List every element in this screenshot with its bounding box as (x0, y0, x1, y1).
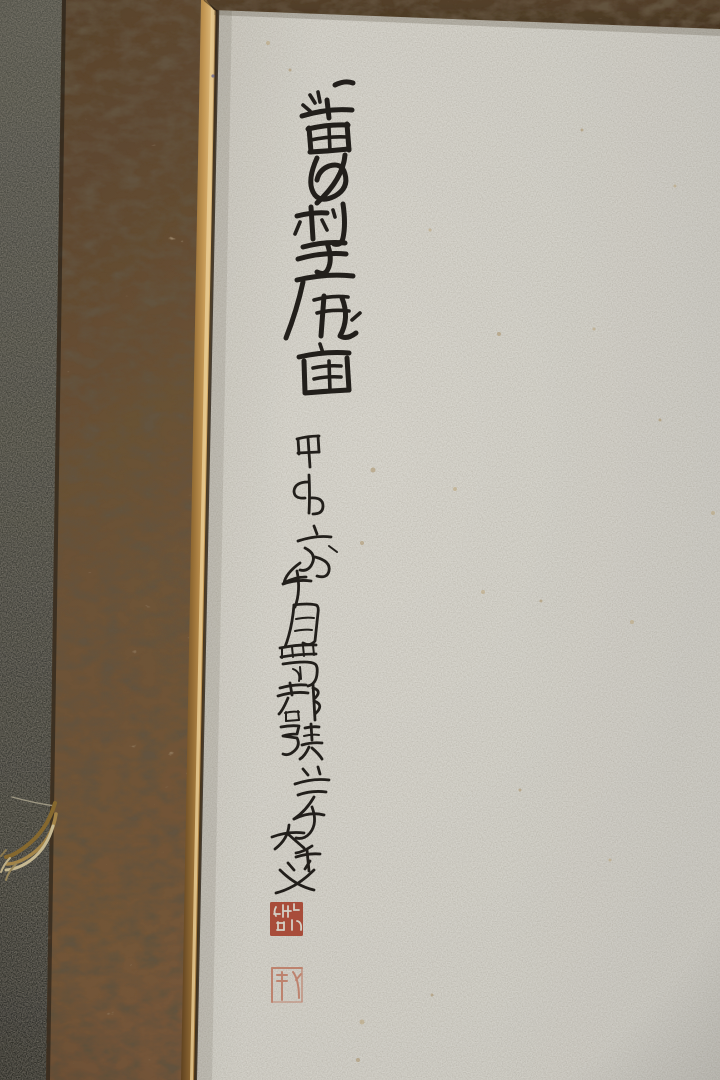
scene-canvas: 番 女 掣 (0, 0, 720, 1080)
photo-vignette (0, 0, 720, 1080)
photo-framed-calligraphy: 番女掣厖圖 甲申嘉平月蜀郡張爰大千父 (0, 0, 720, 1080)
